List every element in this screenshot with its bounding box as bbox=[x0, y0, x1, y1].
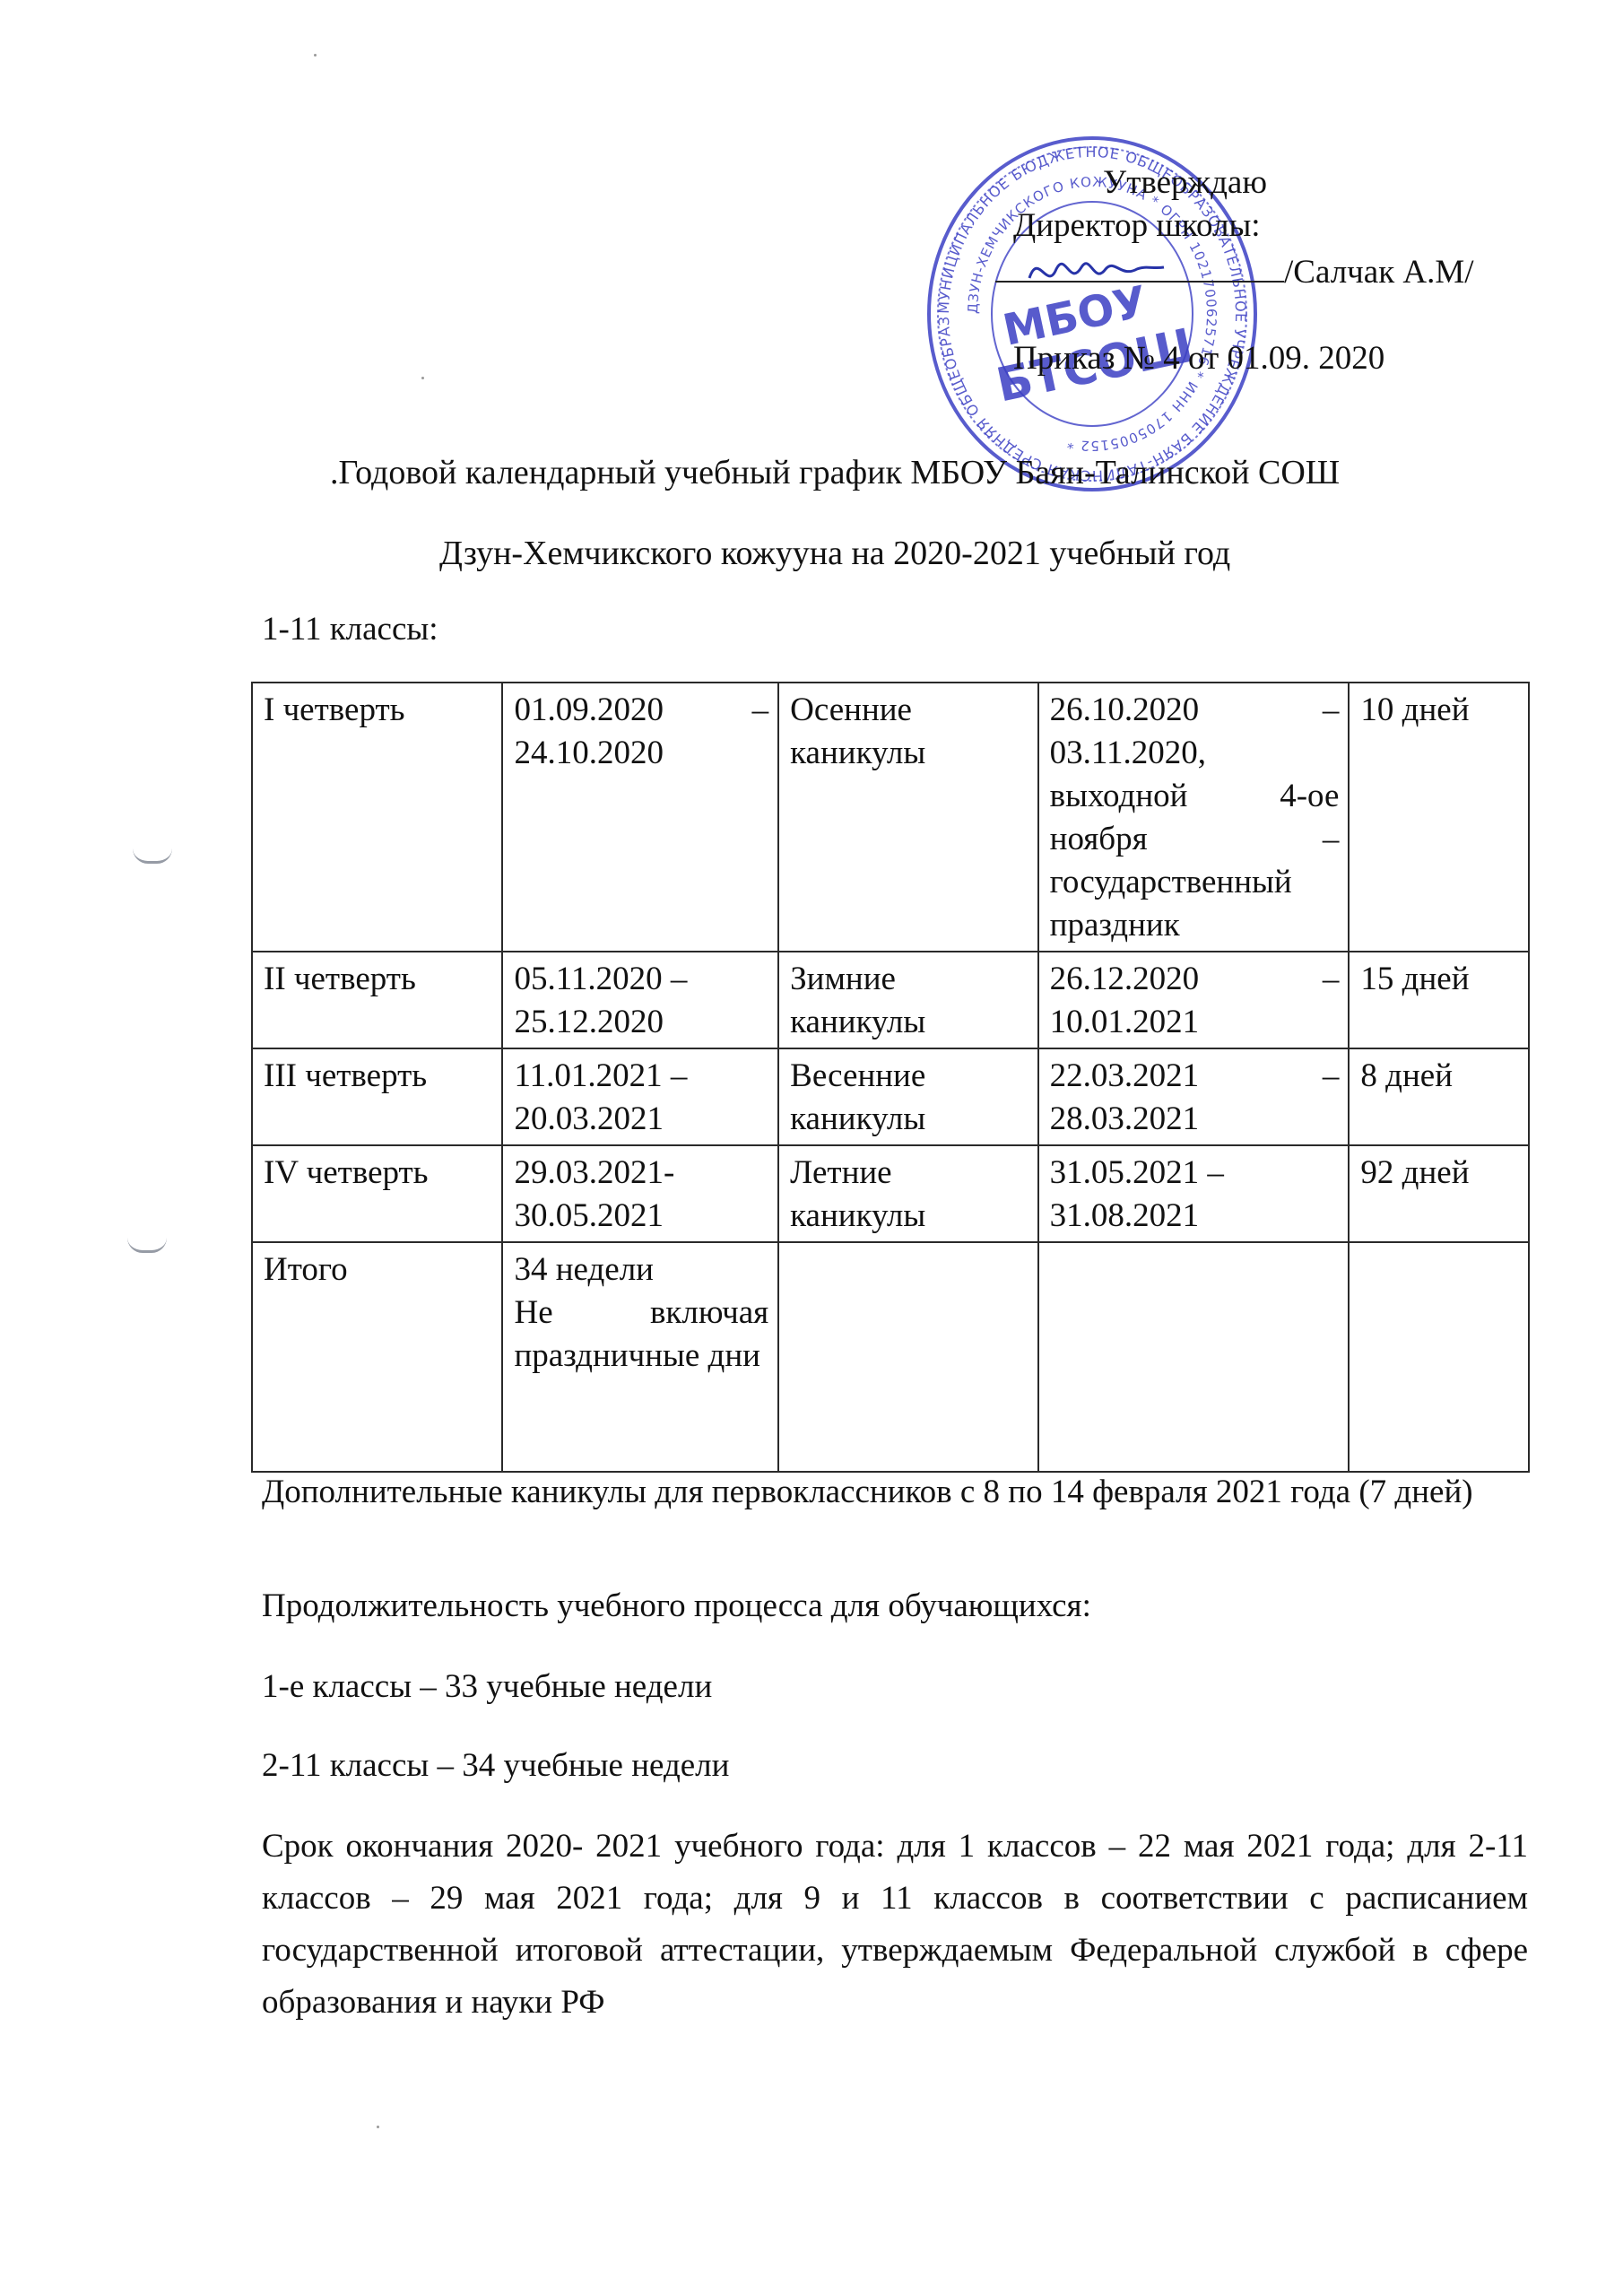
duration-cell: 10 дней bbox=[1349, 683, 1529, 952]
table-row: III четверть 11.01.2021 – 20.03.2021 Вес… bbox=[252, 1048, 1529, 1145]
order-reference: Приказ № 4 от 01.09. 2020 bbox=[1013, 337, 1384, 380]
duration-cell: 15 дней bbox=[1349, 952, 1529, 1048]
holiday-dates-cell: 26.10.2020 – 03.11.2020, выходной 4-ое н… bbox=[1038, 683, 1350, 952]
document-subtitle: Дзун-Хемчикского кожууна на 2020-2021 уч… bbox=[439, 534, 1230, 573]
punch-hole-mark bbox=[133, 848, 172, 864]
total-row: Итого 34 недели Не включая праздничные д… bbox=[252, 1242, 1529, 1472]
empty-cell bbox=[1349, 1242, 1529, 1472]
schedule-table: I четверть 01.09.2020 – 24.10.2020 Осенн… bbox=[251, 682, 1530, 1473]
quarter-cell: I четверть bbox=[252, 683, 502, 952]
grades2-11-duration: 2-11 классы – 34 учебные недели bbox=[262, 1740, 1528, 1792]
scan-speck bbox=[314, 54, 317, 57]
grade1-duration: 1-е классы – 33 учебные недели bbox=[262, 1661, 1528, 1713]
table-row: II четверть 05.11.2020 – 25.12.2020 Зимн… bbox=[252, 952, 1529, 1048]
scan-speck bbox=[421, 377, 424, 379]
period-cell: 01.09.2020 – 24.10.2020 bbox=[502, 683, 778, 952]
holiday-dates-cell: 26.12.2020 – 10.01.2021 bbox=[1038, 952, 1350, 1048]
period-cell: 11.01.2021 – 20.03.2021 bbox=[502, 1048, 778, 1145]
director-name: /Салчак А.М/ bbox=[1284, 254, 1474, 291]
director-position: Директор школы: bbox=[1013, 204, 1261, 248]
document-title: .Годовой календарный учебный график МБОУ… bbox=[330, 453, 1340, 492]
scan-speck bbox=[377, 2126, 379, 2128]
duration-cell: 8 дней bbox=[1349, 1048, 1529, 1145]
total-weeks-cell: 34 недели Не включая праздничные дни bbox=[502, 1242, 778, 1472]
holiday-dates-cell: 31.05.2021 – 31.08.2021 bbox=[1038, 1145, 1350, 1242]
duration-heading: Продолжительность учебного процесса для … bbox=[262, 1580, 1528, 1632]
table-row: IV четверть 29.03.2021- 30.05.2021 Летни… bbox=[252, 1145, 1529, 1242]
table-row: I четверть 01.09.2020 – 24.10.2020 Осенн… bbox=[252, 683, 1529, 952]
quarter-cell: III четверть bbox=[252, 1048, 502, 1145]
document-page: МУНИЦИПАЛЬНОЕ БЮДЖЕТНОЕ ОБЩЕОБРАЗОВАТЕЛЬ… bbox=[0, 0, 1623, 2296]
holiday-cell: Летние каникулы bbox=[778, 1145, 1038, 1242]
total-note: Не включая праздничные дни bbox=[514, 1291, 768, 1378]
holiday-dates-cell: 22.03.2021 – 28.03.2021 bbox=[1038, 1048, 1350, 1145]
period-cell: 29.03.2021- 30.05.2021 bbox=[502, 1145, 778, 1242]
end-of-year-note: Срок окончания 2020- 2021 учебного года:… bbox=[262, 1821, 1528, 2029]
empty-cell bbox=[1038, 1242, 1350, 1472]
empty-cell bbox=[778, 1242, 1038, 1472]
total-weeks: 34 недели bbox=[514, 1248, 768, 1291]
total-label-cell: Итого bbox=[252, 1242, 502, 1472]
quarter-cell: IV четверть bbox=[252, 1145, 502, 1242]
holiday-cell: Осенние каникулы bbox=[778, 683, 1038, 952]
quarter-cell: II четверть bbox=[252, 952, 502, 1048]
classes-label: 1-11 классы: bbox=[262, 610, 438, 648]
duration-cell: 92 дней bbox=[1349, 1145, 1529, 1242]
period-cell: 05.11.2020 – 25.12.2020 bbox=[502, 952, 778, 1048]
signature-line bbox=[995, 254, 1284, 283]
signature-row: /Салчак А.М/ bbox=[995, 251, 1474, 294]
extra-holidays-note: Дополнительные каникулы для первоклассни… bbox=[262, 1466, 1528, 1518]
holiday-cell: Зимние каникулы bbox=[778, 952, 1038, 1048]
approve-label: Утверждаю bbox=[1103, 161, 1267, 204]
punch-hole-mark bbox=[127, 1238, 167, 1253]
holiday-cell: Весенние каникулы bbox=[778, 1048, 1038, 1145]
